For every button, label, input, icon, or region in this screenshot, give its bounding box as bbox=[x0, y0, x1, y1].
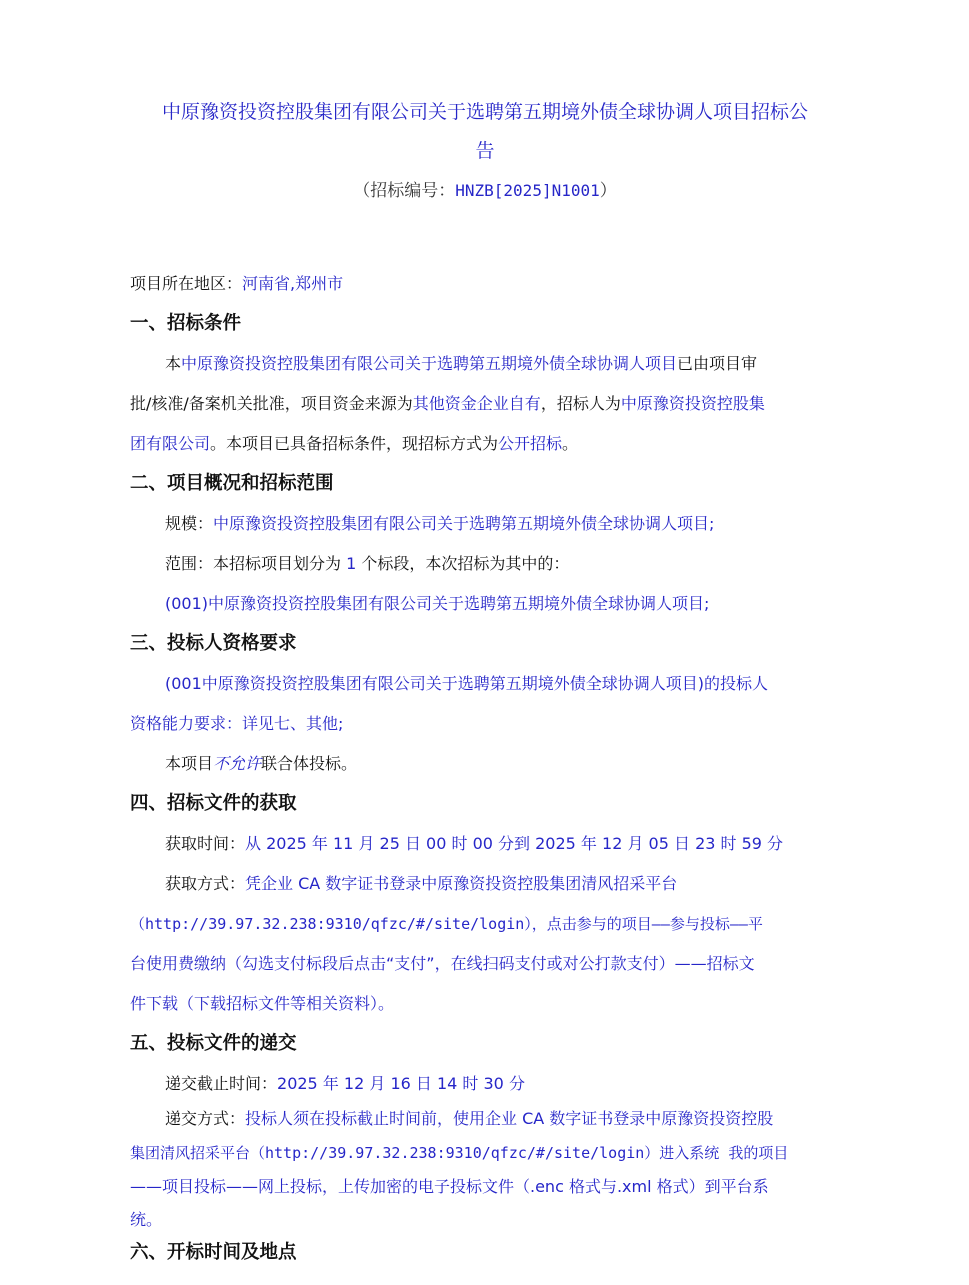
s3-requirement-line2: 资格能力要求：详见七、其他; bbox=[130, 704, 840, 744]
location-label: 项目所在地区： bbox=[130, 274, 242, 293]
section-2-heading: 二、项目概况和招标范围 bbox=[130, 464, 840, 504]
tender-number-code: HNZB[2025]N1001 bbox=[455, 181, 600, 200]
s2-range: 范围：本招标项目划分为 1 个标段，本次招标为其中的： bbox=[165, 544, 840, 584]
scale-value: 中原豫资投资控股集团有限公司关于选聘第五期境外债全球协调人项目; bbox=[213, 514, 714, 533]
document-title-line2: 告 bbox=[130, 131, 840, 171]
s1-paragraph-line2: 批/核准/备案机关批准，项目资金来源为其他资金企业自有，招标人为中原豫资投资控股… bbox=[130, 384, 840, 424]
text: 个标段，本次招标为其中的： bbox=[361, 554, 569, 573]
s4-method-url-line: （http://39.97.32.238:9310/qfzc/#/site/lo… bbox=[130, 904, 840, 944]
method-label: 获取方式： bbox=[165, 874, 245, 893]
s2-lot-item: (001)中原豫资投资控股集团有限公司关于选聘第五期境外债全球协调人项目; bbox=[165, 584, 840, 624]
text: 范围：本招标项目划分为 bbox=[165, 554, 341, 573]
lot-count: 1 bbox=[341, 554, 361, 573]
document-title-line1: 中原豫资投资控股集团有限公司关于选聘第五期境外债全球协调人项目招标公 bbox=[130, 92, 840, 132]
text: 本项目 bbox=[165, 754, 213, 773]
s1-paragraph-line1: 本中原豫资投资控股集团有限公司关于选聘第五期境外债全球协调人项目已由项目审 bbox=[165, 344, 840, 384]
tenderer-name-cont: 团有限公司 bbox=[130, 434, 210, 453]
platform-url: （http://39.97.32.238:9310/qfzc/#/site/lo… bbox=[130, 915, 763, 933]
section-1-heading: 一、招标条件 bbox=[130, 304, 840, 344]
consortium-allowed-value: 不允许 bbox=[213, 754, 261, 773]
time-value: 从 2025 年 11 月 25 日 00 时 00 分到 2025 年 12 … bbox=[245, 834, 783, 853]
s1-paragraph-line3: 团有限公司。本项目已具备招标条件，现招标方式为公开招标。 bbox=[130, 424, 840, 464]
tender-number: （招标编号：HNZB[2025]N1001） bbox=[130, 171, 840, 211]
deadline-value: 2025 年 12 月 16 日 14 时 30 分 bbox=[277, 1074, 525, 1093]
method-value: 投标人须在投标截止时间前，使用企业 CA 数字证书登录中原豫资投资控股 bbox=[245, 1109, 773, 1128]
scale-label: 规模： bbox=[165, 514, 213, 533]
platform-url-line: 集团清风招采平台（http://39.97.32.238:9310/qfzc/#… bbox=[130, 1144, 788, 1162]
section-3-heading: 三、投标人资格要求 bbox=[130, 624, 840, 664]
s3-requirement-line1: (001中原豫资投资控股集团有限公司关于选聘第五期境外债全球协调人项目)的投标人 bbox=[165, 664, 840, 704]
text: ，招标人为 bbox=[541, 394, 621, 413]
s4-method-line3: 台使用费缴纳（勾选支付标段后点击“支付”，在线扫码支付或对公打款支付）——招标文 bbox=[130, 944, 840, 984]
s4-acquisition-time: 获取时间：从 2025 年 11 月 25 日 00 时 00 分到 2025 … bbox=[165, 824, 840, 864]
text: 。本项目已具备招标条件，现招标方式为 bbox=[210, 434, 498, 453]
tender-number-prefix: （招标编号： bbox=[353, 181, 455, 201]
tenderer-name: 中原豫资投资控股集 bbox=[621, 394, 765, 413]
section-5-heading: 五、投标文件的递交 bbox=[130, 1024, 840, 1064]
text: 批/核准/备案机关批准，项目资金来源为 bbox=[130, 394, 413, 413]
s2-scale: 规模：中原豫资投资控股集团有限公司关于选聘第五期境外债全球协调人项目; bbox=[165, 504, 840, 544]
deadline-label: 递交截止时间： bbox=[165, 1074, 277, 1093]
time-label: 获取时间： bbox=[165, 834, 245, 853]
tender-number-suffix: ） bbox=[600, 181, 617, 201]
s4-acquisition-method: 获取方式：凭企业 CA 数字证书登录中原豫资投资控股集团清风招采平台 bbox=[165, 864, 840, 904]
text: 本 bbox=[165, 354, 181, 373]
fund-source: 其他资金企业自有 bbox=[413, 394, 541, 413]
s5-deadline: 递交截止时间：2025 年 12 月 16 日 14 时 30 分 bbox=[165, 1064, 840, 1104]
method-value: 凭企业 CA 数字证书登录中原豫资投资控股集团清风招采平台 bbox=[245, 874, 677, 893]
s4-method-line4: 件下载（下载招标文件等相关资料）。 bbox=[130, 984, 840, 1024]
section-4-heading: 四、招标文件的获取 bbox=[130, 784, 840, 824]
tender-method: 公开招标 bbox=[498, 434, 562, 453]
section-6-heading: 六、开标时间及地点 bbox=[130, 1233, 840, 1273]
s3-consortium: 本项目不允许联合体投标。 bbox=[165, 744, 840, 784]
text: 。 bbox=[562, 434, 578, 453]
project-location: 项目所在地区：河南省,郑州市 bbox=[130, 264, 840, 304]
location-value: 河南省,郑州市 bbox=[242, 274, 343, 293]
method-label: 递交方式： bbox=[165, 1109, 245, 1128]
text: 已由项目审 bbox=[677, 354, 757, 373]
text: 联合体投标。 bbox=[261, 754, 357, 773]
project-name: 中原豫资投资控股集团有限公司关于选聘第五期境外债全球协调人项目 bbox=[181, 354, 677, 373]
